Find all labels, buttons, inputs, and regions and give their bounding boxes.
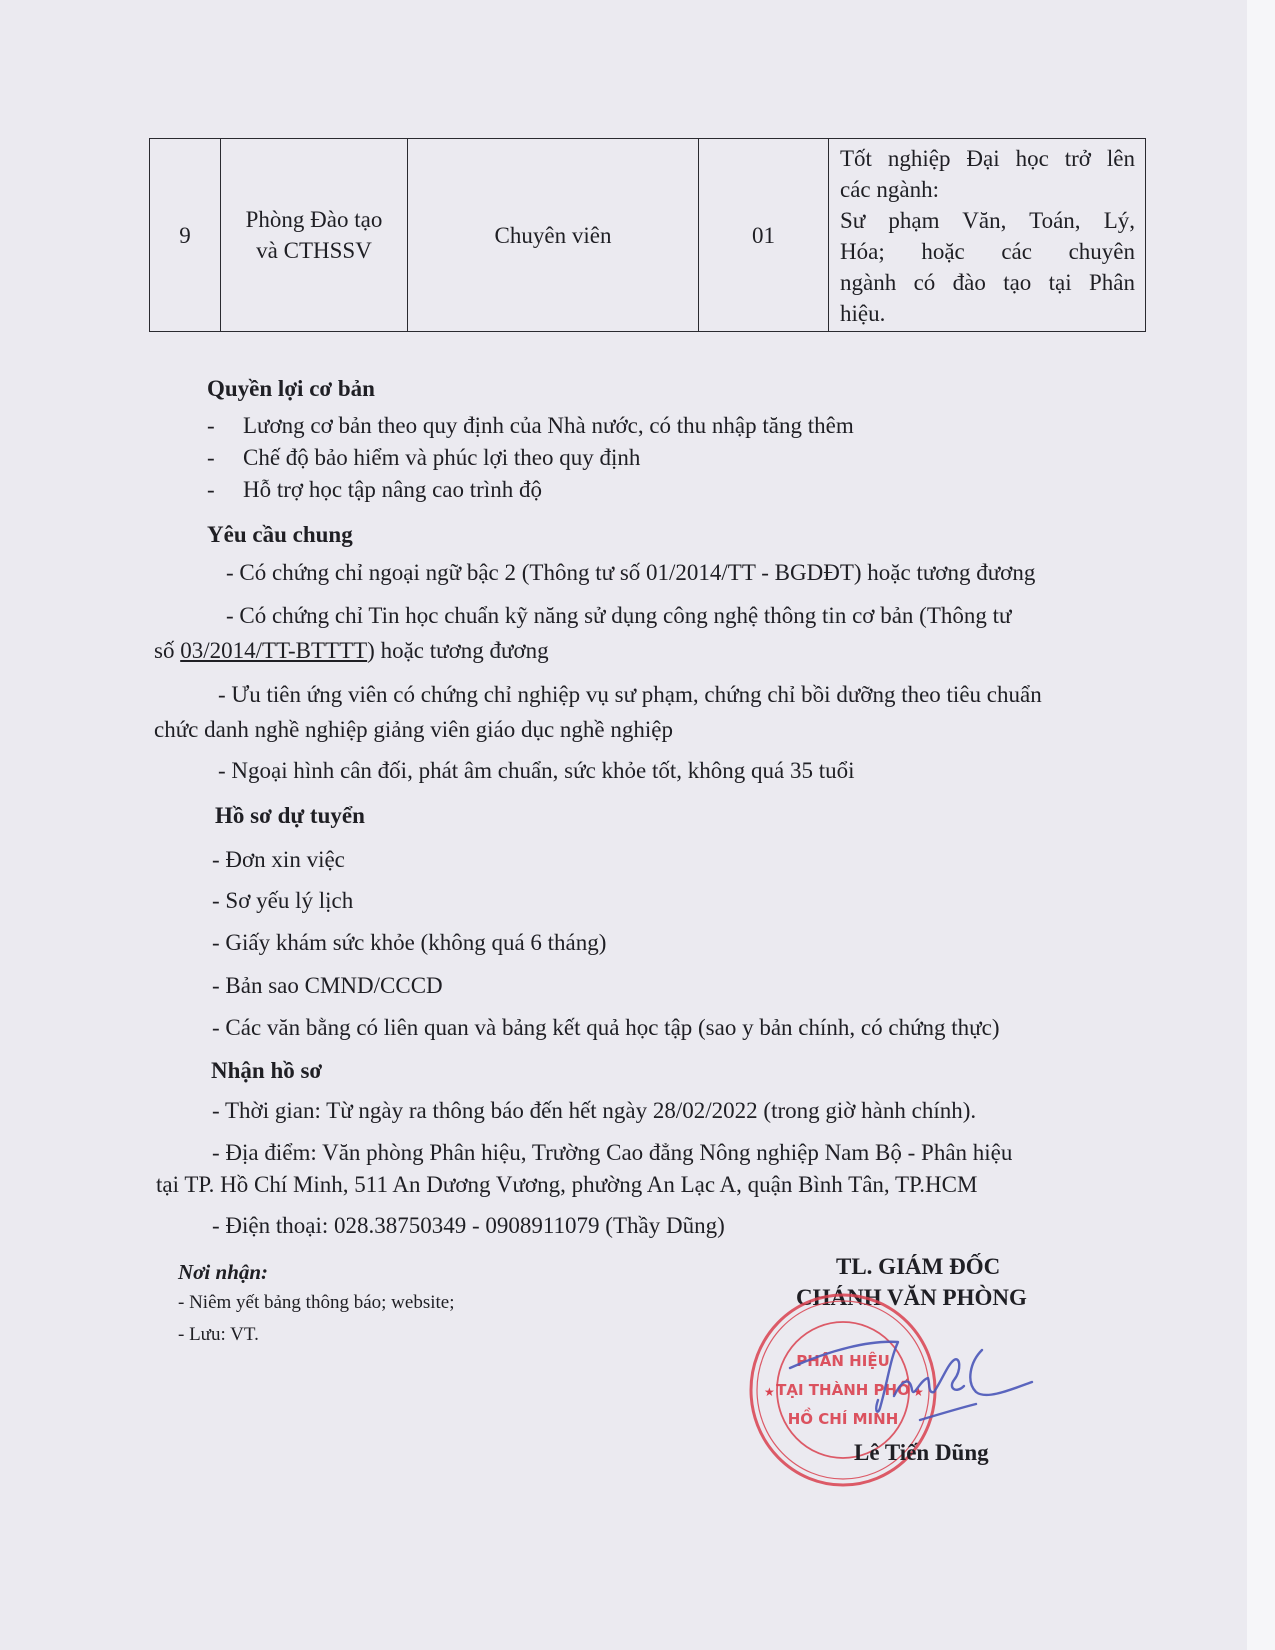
cell-unit: Phòng Đào tạo và CTHSSV [221, 139, 408, 332]
document-item: - Giấy khám sức khỏe (không quá 6 tháng) [212, 928, 606, 958]
recruitment-table: 9 Phòng Đào tạo và CTHSSV Chuyên viên 01… [149, 138, 1146, 332]
document-item: - Bản sao CMND/CCCD [212, 971, 443, 1001]
page-edge [1247, 0, 1275, 1650]
benefit-item: Hỗ trợ học tập nâng cao trình độ [243, 475, 542, 505]
requirement-item: - Có chứng chỉ Tin học chuẩn kỹ năng sử … [226, 601, 1011, 631]
requirements-heading: Yêu cầu chung [207, 520, 353, 550]
document-item: - Sơ yếu lý lịch [212, 886, 353, 916]
regulation-reference: 03/2014/TT-BTTTT [180, 638, 367, 663]
benefit-item: Chế độ bảo hiểm và phúc lợi theo quy địn… [243, 443, 640, 473]
submission-place: - Địa điểm: Văn phòng Phân hiệu, Trường … [212, 1138, 1012, 1168]
submission-place-continued: tại TP. Hồ Chí Minh, 511 An Dương Vương,… [156, 1170, 977, 1200]
document-item: - Đơn xin việc [212, 845, 345, 875]
cell-stt: 9 [150, 139, 221, 332]
submission-phone: - Điện thoại: 028.38750349 - 0908911079 … [212, 1211, 725, 1241]
signatory-name: Lê Tiến Dũng [854, 1438, 989, 1468]
submission-time: - Thời gian: Từ ngày ra thông báo đến hế… [212, 1096, 976, 1126]
recipients-heading: Nơi nhận: [178, 1258, 268, 1286]
requirement-item: - Ưu tiên ứng viên có chứng chỉ nghiệp v… [218, 680, 1042, 710]
bullet-dash: - [207, 475, 215, 505]
cell-requirements: Tốt nghiệp Đại học trở lên các ngành: Sư… [829, 139, 1146, 332]
handwritten-signature-icon [770, 1320, 1070, 1430]
bullet-dash: - [207, 443, 215, 473]
requirement-item: - Có chứng chỉ ngoại ngữ bậc 2 (Thông tư… [226, 558, 1035, 588]
table-row: 9 Phòng Đào tạo và CTHSSV Chuyên viên 01… [150, 139, 1146, 332]
cell-quantity: 01 [699, 139, 829, 332]
cell-position: Chuyên viên [408, 139, 699, 332]
bullet-dash: - [207, 411, 215, 441]
submission-heading: Nhận hồ sơ [211, 1056, 322, 1086]
requirement-item-continued: số 03/2014/TT-BTTTT) hoặc tương đương [154, 636, 549, 666]
recipient-item: - Niêm yết bảng thông báo; website; [178, 1290, 455, 1316]
requirement-item: - Ngoại hình cân đối, phát âm chuẩn, sức… [218, 756, 855, 786]
document-item: - Các văn bằng có liên quan và bảng kết … [212, 1013, 1000, 1043]
recipient-item: - Lưu: VT. [178, 1322, 259, 1348]
benefits-heading: Quyền lợi cơ bản [207, 374, 375, 404]
requirement-item-continued: chức danh nghề nghiệp giảng viên giáo dụ… [154, 715, 673, 745]
signatory-title: TL. GIÁM ĐỐC [836, 1252, 1000, 1282]
benefit-item: Lương cơ bản theo quy định của Nhà nước,… [243, 411, 854, 441]
documents-heading: Hồ sơ dự tuyển [215, 801, 365, 831]
